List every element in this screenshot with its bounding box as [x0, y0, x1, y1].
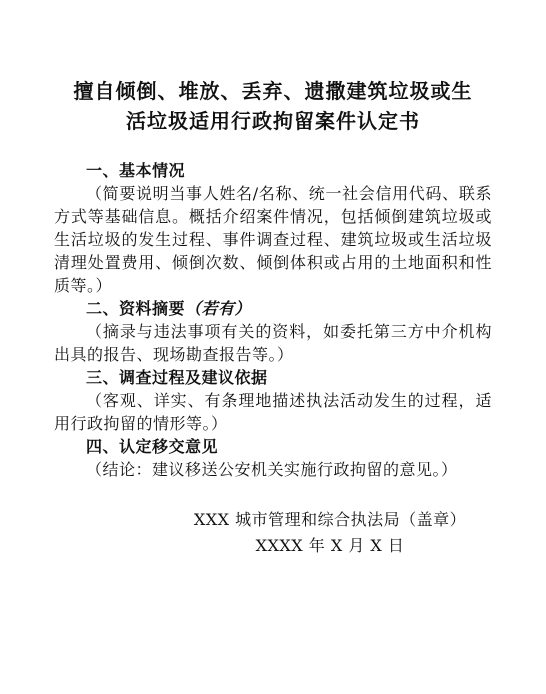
document-page: 擅自倾倒、堆放、丢弃、遗撒建筑垃圾或生活垃圾适用行政拘留案件认定书 一、基本情况…	[0, 0, 546, 694]
section-investigation-process: 三、调查过程及建议依据 （客观、详实、有条理地描述执法活动发生的过程，适用行政拘…	[54, 366, 492, 435]
document-title: 擅自倾倒、堆放、丢弃、遗撒建筑垃圾或生活垃圾适用行政拘留案件认定书	[67, 76, 479, 136]
section-transfer-opinion: 四、认定移交意见 （结论：建议移送公安机关实施行政拘留的意见。）	[54, 435, 492, 481]
signature-organization: XXX 城市管理和综合执法局（盖章）	[111, 507, 546, 533]
section-heading-material-summary: 二、资料摘要（若有）	[54, 297, 492, 320]
section-material-summary: 二、资料摘要（若有） （摘录与违法事项有关的资料，如委托第三方中介机构出具的报告…	[54, 297, 492, 366]
signature-date: XXXX 年 X 月 X 日	[111, 533, 546, 559]
section-heading-material-summary-text: 二、资料摘要	[86, 299, 185, 318]
section-heading-transfer-opinion: 四、认定移交意见	[54, 435, 492, 458]
document-body: 一、基本情况 （简要说明当事人姓名/名称、统一社会信用代码、联系方式等基础信息。…	[54, 159, 492, 559]
section-paragraph-transfer-opinion: （结论：建议移送公安机关实施行政拘留的意见。）	[54, 458, 492, 481]
section-heading-basic-info: 一、基本情况	[54, 159, 492, 182]
section-heading-material-summary-note: （若有）	[185, 299, 251, 318]
section-paragraph-basic-info: （简要说明当事人姓名/名称、统一社会信用代码、联系方式等基础信息。概括介绍案件情…	[54, 182, 492, 297]
section-paragraph-investigation-process: （客观、详实、有条理地描述执法活动发生的过程，适用行政拘留的情形等。）	[54, 389, 492, 435]
signature-block: XXX 城市管理和综合执法局（盖章） XXXX 年 X 月 X 日	[111, 507, 546, 559]
section-heading-investigation-process: 三、调查过程及建议依据	[54, 366, 492, 389]
section-paragraph-material-summary: （摘录与违法事项有关的资料，如委托第三方中介机构出具的报告、现场勘查报告等。）	[54, 320, 492, 366]
section-basic-info: 一、基本情况 （简要说明当事人姓名/名称、统一社会信用代码、联系方式等基础信息。…	[54, 159, 492, 297]
